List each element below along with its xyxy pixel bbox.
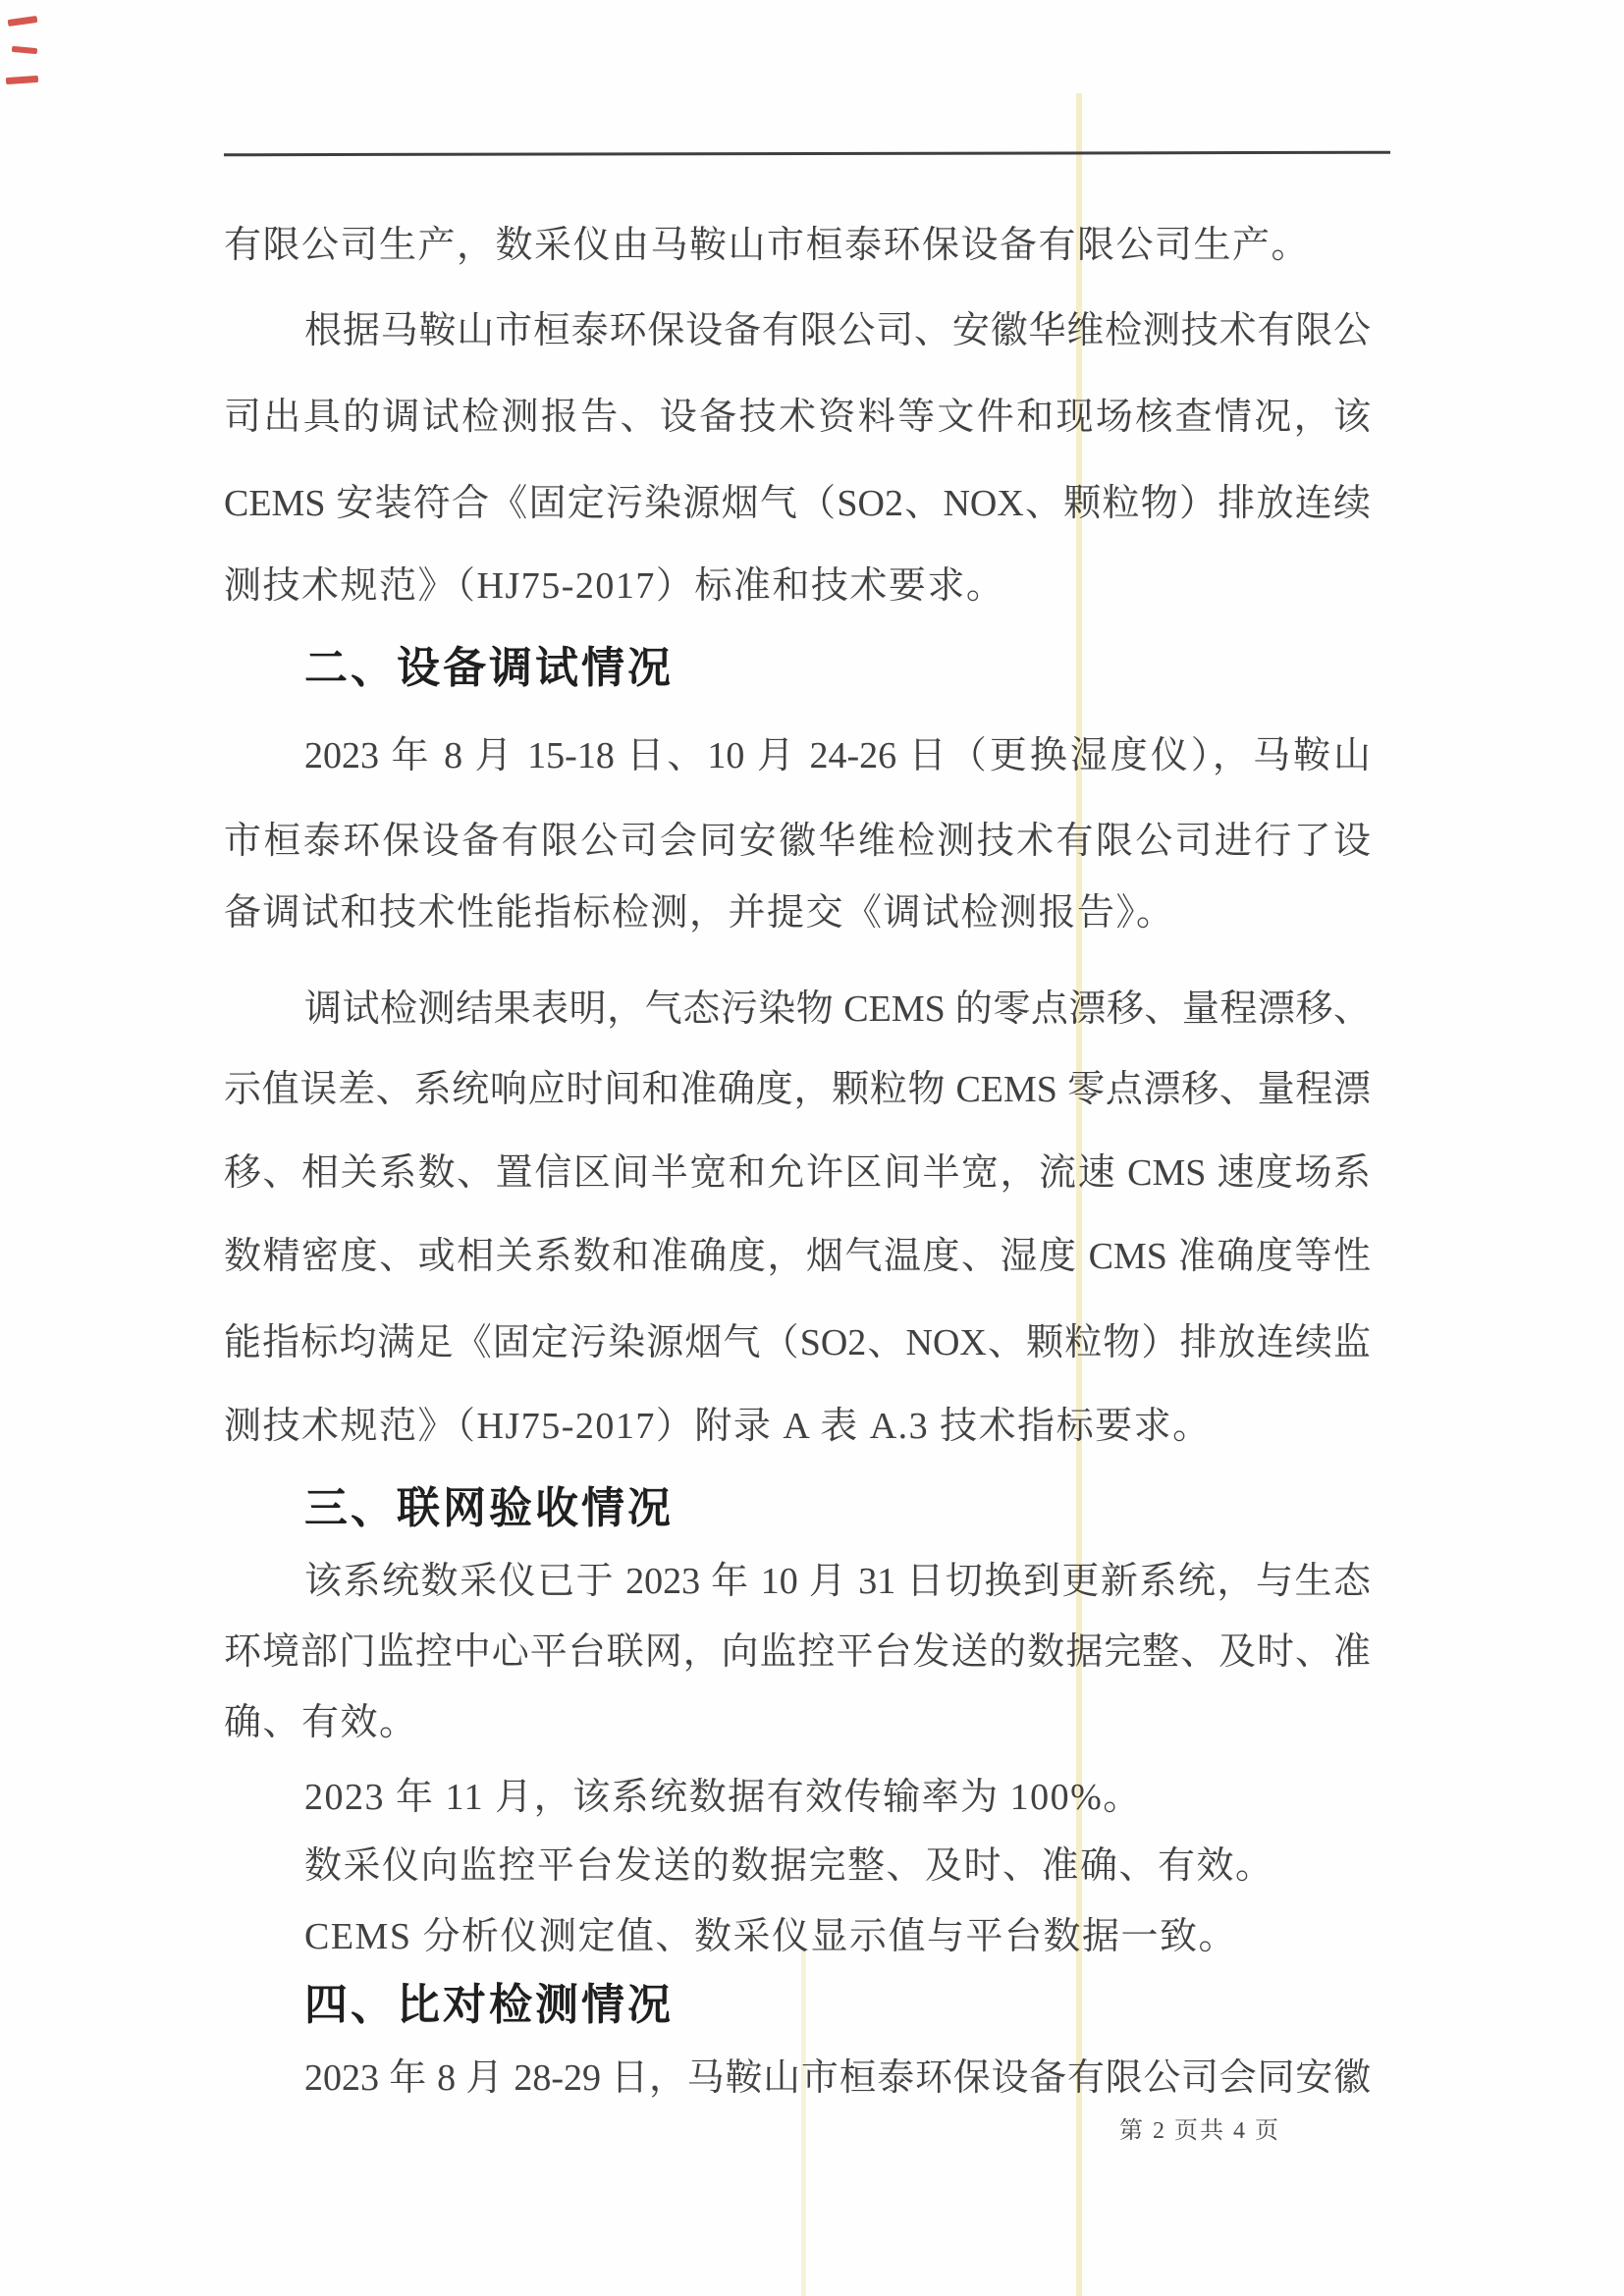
text-line-11: 示值误差、系统响应时间和准确度，颗粒物 CEMS 零点漂移、量程漂 [224, 1065, 1371, 1116]
document-page: 有限公司生产，数采仪由马鞍山市桓泰环保设备有限公司生产。 根据马鞍山市桓泰环保设… [0, 0, 1624, 2296]
red-pen-mark [12, 46, 37, 54]
text-line-07: 2023 年 8 月 15-18 日、10 月 24-26 日（更换湿度仪），马… [304, 731, 1371, 782]
text-line-18: 环境部门监控中心平台联网，向监控平台发送的数据完整、及时、准 [224, 1628, 1371, 1679]
text-line-02: 根据马鞍山市桓泰环保设备有限公司、安徽华维检测技术有限公 [304, 306, 1371, 357]
text-line-03: 司出具的调试检测报告、设备技术资料等文件和现场核查情况，该 [224, 393, 1371, 444]
red-pen-mark [6, 76, 38, 84]
text-line-04: CEMS 安装符合《固定污染源烟气（SO2、NOX、颗粒物）排放连续监 [224, 479, 1371, 530]
page-number: 第 2 页共 4 页 [1119, 2110, 1280, 2145]
text-line-01: 有限公司生产，数采仪由马鞍山市桓泰环保设备有限公司生产。 [224, 221, 1310, 272]
text-line-05: 测技术规范》（HJ75-2017）标准和技术要求。 [224, 561, 1004, 613]
header-rule [224, 151, 1390, 156]
heading-section-3-network-acceptance: 三、联网验收情况 [304, 1484, 674, 1535]
text-line-17: 该系统数采仪已于 2023 年 10 月 31 日切换到更新系统，与生态 [304, 1557, 1371, 1608]
text-line-14: 能指标均满足《固定污染源烟气（SO2、NOX、颗粒物）排放连续监 [224, 1318, 1371, 1369]
text-line-13: 数精密度、或相关系数和准确度，烟气温度、湿度 CMS 准确度等性 [224, 1232, 1371, 1283]
text-line-08: 市桓泰环保设备有限公司会同安徽华维检测技术有限公司进行了设 [224, 817, 1371, 868]
red-pen-mark [8, 16, 38, 27]
text-line-10: 调试检测结果表明，气态污染物 CEMS 的零点漂移、量程漂移、 [304, 985, 1371, 1036]
text-line-20: 2023 年 11 月，该系统数据有效传输率为 100%。 [304, 1773, 1142, 1824]
text-line-15: 测技术规范》（HJ75-2017）附录 A 表 A.3 技术指标要求。 [224, 1402, 1212, 1453]
text-line-22: CEMS 分析仪测定值、数采仪显示值与平台数据一致。 [304, 1912, 1237, 1963]
scan-streak [801, 1949, 806, 2296]
text-line-09: 备调试和技术性能指标检测，并提交《调试检测报告》。 [224, 888, 1175, 939]
heading-section-2-equipment-debugging: 二、设备调试情况 [304, 644, 674, 695]
heading-section-4-comparison-testing: 四、比对检测情况 [304, 1981, 674, 2032]
text-line-12: 移、相关系数、置信区间半宽和允许区间半宽，流速 CMS 速度场系 [224, 1148, 1371, 1200]
text-line-24: 2023 年 8 月 28-29 日，马鞍山市桓泰环保设备有限公司会同安徽 [304, 2054, 1371, 2105]
text-line-21: 数采仪向监控平台发送的数据完整、及时、准确、有效。 [304, 1842, 1274, 1893]
text-line-19: 确、有效。 [224, 1698, 418, 1749]
